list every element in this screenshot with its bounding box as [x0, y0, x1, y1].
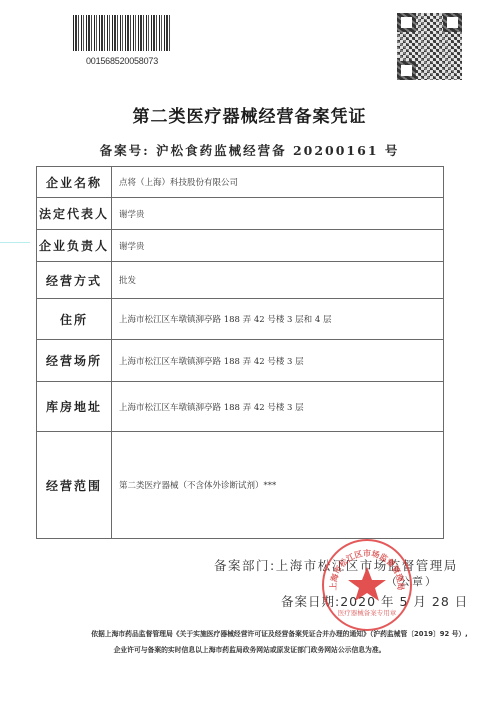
record-number-label: 备案号:	[100, 143, 150, 158]
record-number-value: 沪松食药监械经营备 20200161 号	[156, 143, 399, 158]
barcode-icon	[73, 15, 171, 51]
row-value: 点将（上海）科技股份有限公司	[112, 167, 444, 198]
table-row: 企业名称 点将（上海）科技股份有限公司	[37, 167, 444, 198]
qr-code-icon	[397, 13, 462, 80]
seal-star-icon: 上海市松江区市场监督管理局 医疗器械备案专用章	[324, 541, 410, 629]
row-value: 上海市松江区车墩镇泖亭路 188 弄 42 号楼 3 层和 4 层	[112, 299, 444, 340]
row-label: 企业负责人	[37, 230, 112, 262]
row-label: 经营范围	[37, 432, 112, 539]
row-label: 库房地址	[37, 382, 112, 432]
row-value: 批发	[112, 262, 444, 299]
row-value: 第二类医疗器械（不含体外诊断试剂）***	[112, 432, 444, 539]
record-number: 备案号: 沪松食药监械经营备 20200161 号	[0, 141, 499, 159]
table-row: 经营场所 上海市松江区车墩镇泖亭路 188 弄 42 号楼 3 层	[37, 340, 444, 382]
document-title: 第二类医疗器械经营备案凭证	[0, 102, 499, 127]
row-label: 法定代表人	[37, 198, 112, 230]
row-value: 上海市松江区车墩镇泖亭路 188 弄 42 号楼 3 层	[112, 340, 444, 382]
record-table: 企业名称 点将（上海）科技股份有限公司 法定代表人 谢学贵 企业负责人 谢学贵 …	[36, 166, 444, 539]
footnote-line-1: 依据上海市药品监督管理局《关于实施医疗器械经营许可证及经营备案凭证合并办理的通知…	[30, 628, 499, 638]
row-value: 上海市松江区车墩镇泖亭路 188 弄 42 号楼 3 层	[112, 382, 444, 432]
table-row: 企业负责人 谢学贵	[37, 230, 444, 262]
row-label: 企业名称	[37, 167, 112, 198]
svg-text:医疗器械备案专用章: 医疗器械备案专用章	[338, 608, 397, 617]
barcode-number: 001568520058073	[73, 56, 171, 66]
row-value: 谢学贵	[112, 198, 444, 230]
row-label: 经营方式	[37, 262, 112, 299]
table-row: 法定代表人 谢学贵	[37, 198, 444, 230]
row-value: 谢学贵	[112, 230, 444, 262]
scan-artifact-line	[0, 242, 30, 243]
official-seal: 上海市松江区市场监督管理局 医疗器械备案专用章	[322, 539, 412, 631]
table-row: 经营方式 批发	[37, 262, 444, 299]
table-row: 住所 上海市松江区车墩镇泖亭路 188 弄 42 号楼 3 层和 4 层	[37, 299, 444, 340]
row-label: 经营场所	[37, 340, 112, 382]
row-label: 住所	[37, 299, 112, 340]
table-row: 经营范围 第二类医疗器械（不含体外诊断试剂）***	[37, 432, 444, 539]
footnote-line-2: 企业许可与备案的实时信息以上海市药监局政务网站或原发证部门政务网站公示信息为准。	[0, 644, 499, 654]
table-row: 库房地址 上海市松江区车墩镇泖亭路 188 弄 42 号楼 3 层	[37, 382, 444, 432]
